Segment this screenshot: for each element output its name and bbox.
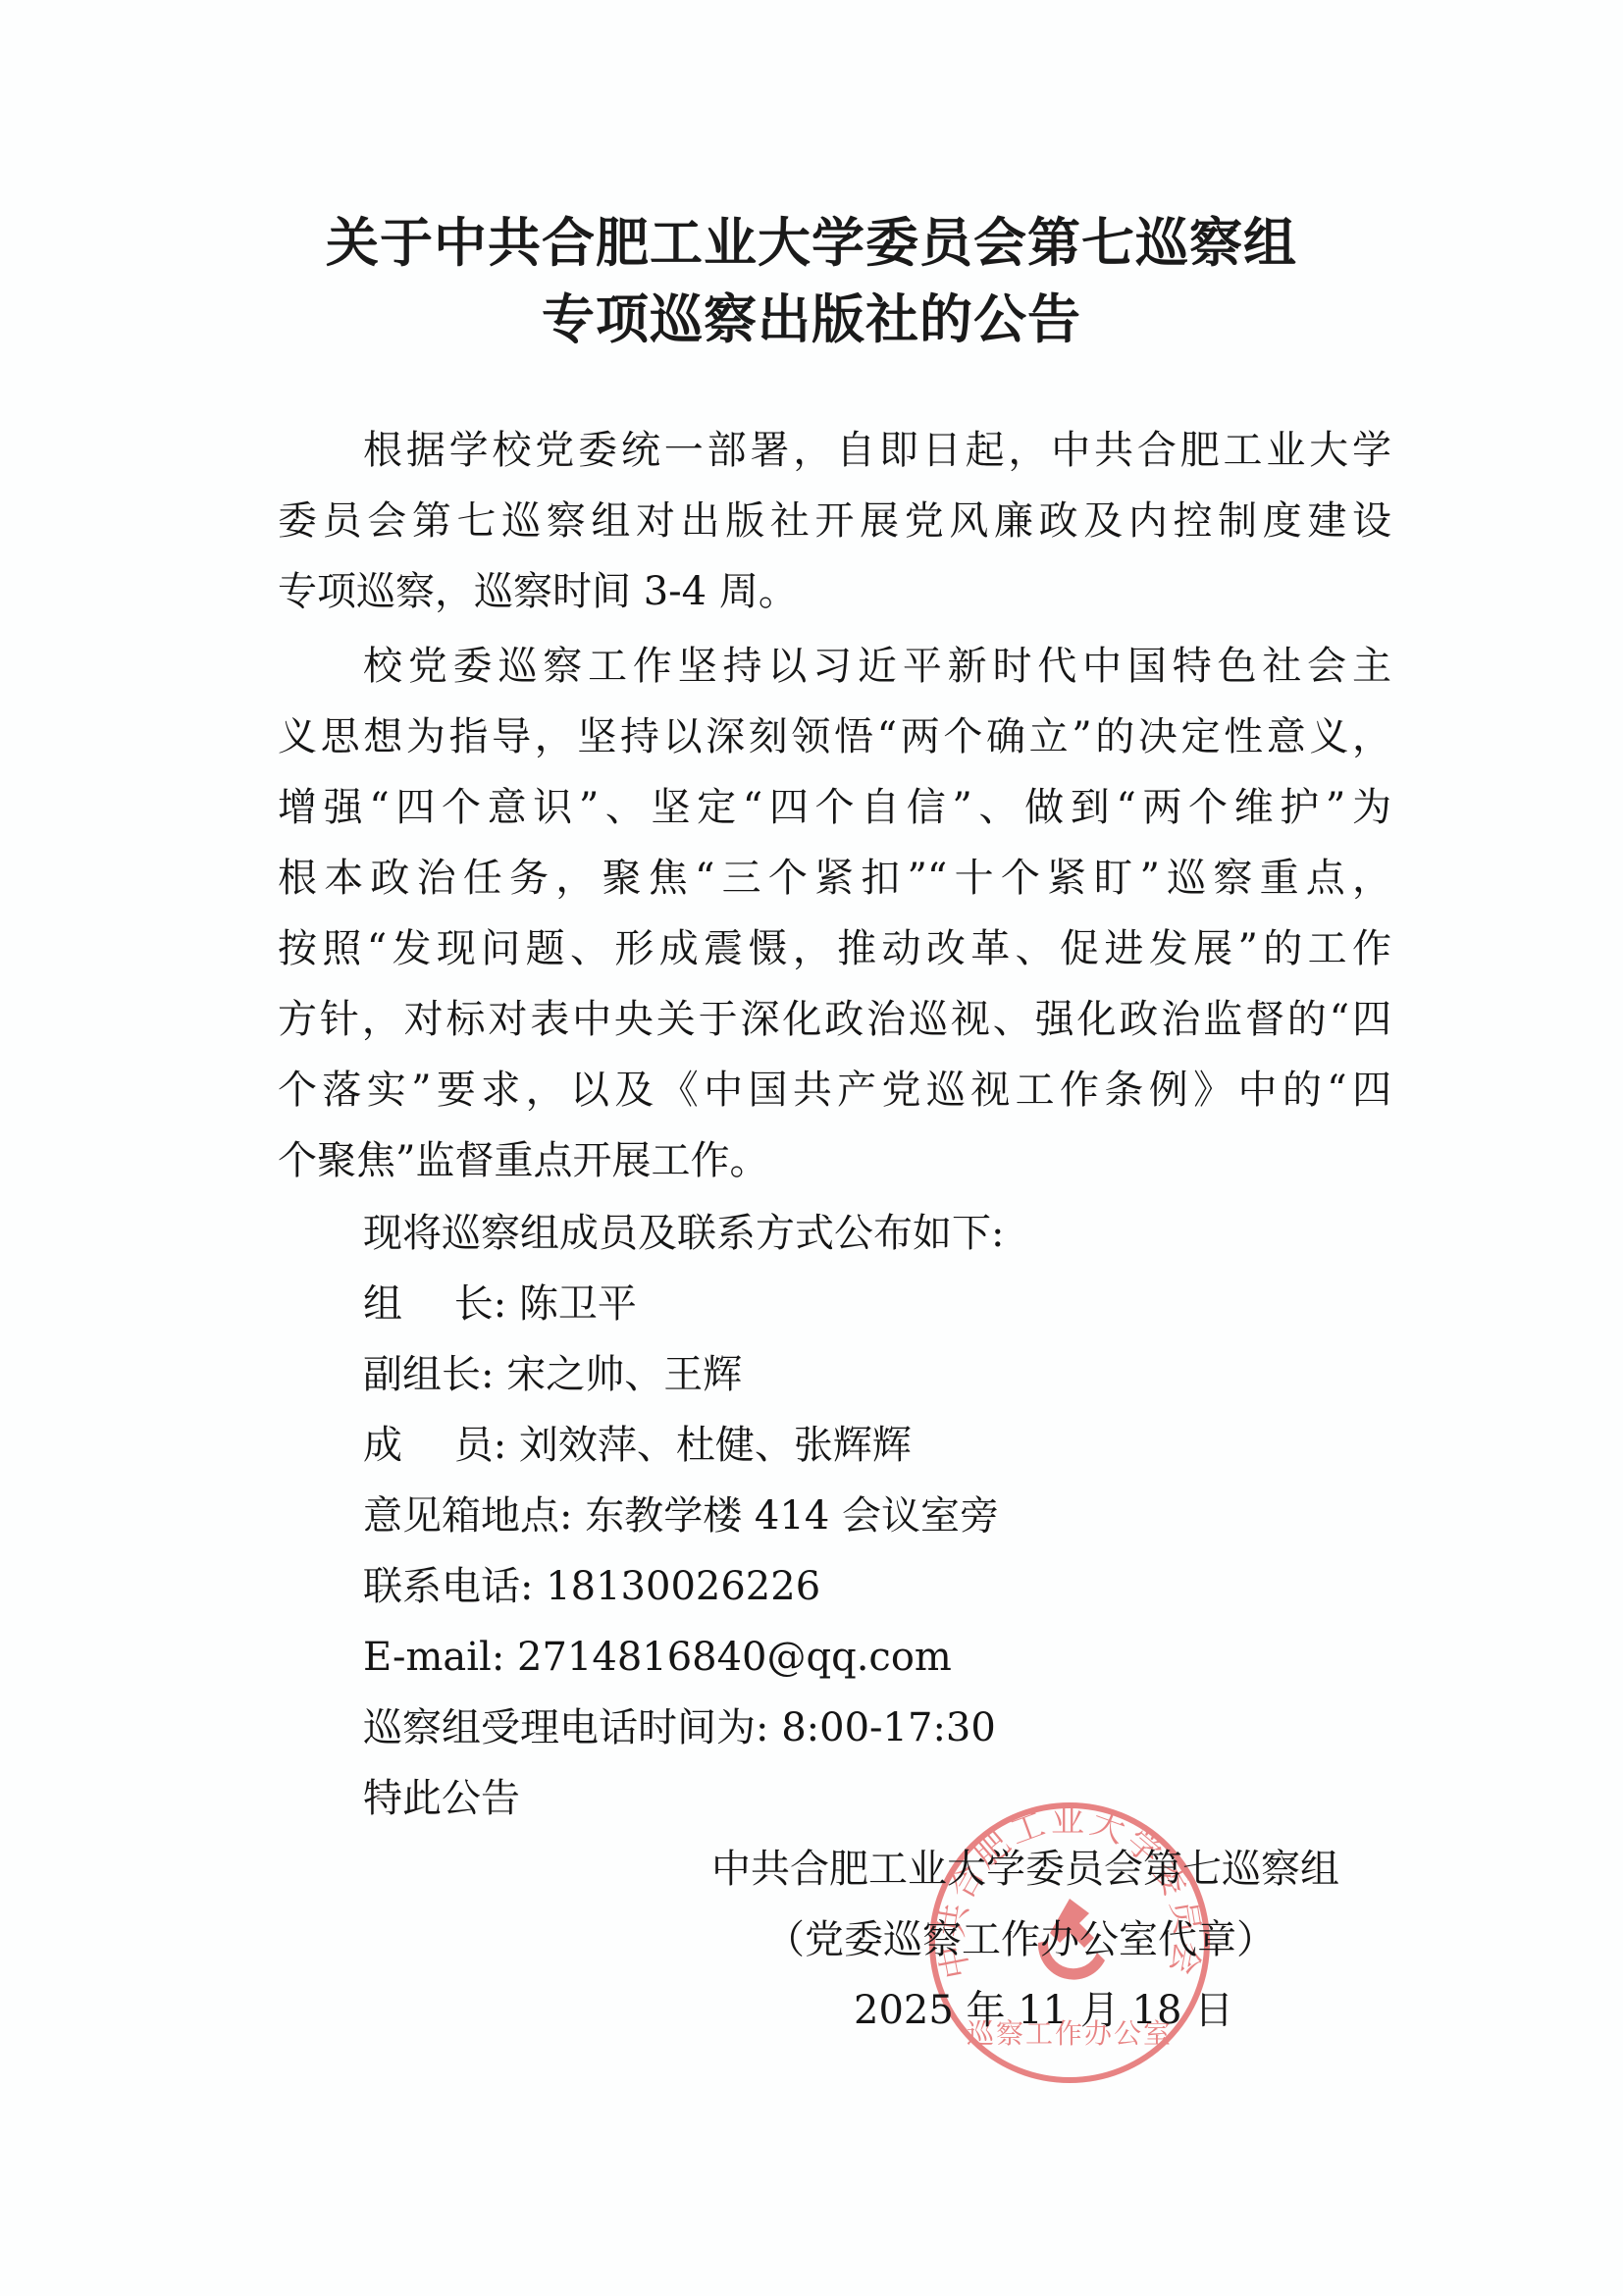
leader-row: 组 长: 陈卫平 xyxy=(363,1280,637,1328)
leader-name: 陈卫平 xyxy=(519,1281,637,1327)
member-row: 成 员: 刘效萍、杜健、张辉辉 xyxy=(363,1422,912,1469)
mailbox-row: 意见箱地点: 东教学楼 414 会议室旁 xyxy=(363,1492,999,1539)
email-row: E-mail: 2714816840@qq.com xyxy=(363,1634,952,1681)
member-names: 刘效萍、杜健、张辉辉 xyxy=(519,1423,912,1468)
email-address: 2714816840@qq.com xyxy=(517,1635,952,1680)
phone-row: 联系电话: 18130026226 xyxy=(363,1563,820,1610)
paragraph-2-line-8: 个聚焦”监督重点开展工作。 xyxy=(278,1137,1391,1184)
phone-label: 联系电话: xyxy=(363,1564,533,1609)
email-label: E-mail: xyxy=(363,1635,504,1680)
hours-value: 8:00-17:30 xyxy=(781,1705,996,1750)
deputy-row: 副组长: 宋之帅、王辉 xyxy=(363,1351,742,1398)
members-intro: 现将巡察组成员及联系方式公布如下: xyxy=(363,1210,1004,1257)
closing-text: 特此公告 xyxy=(363,1775,520,1822)
paragraph-2-line-4: 根本政治任务，聚焦“三个紧扣”“十个紧盯”巡察重点， xyxy=(278,855,1391,902)
signature-seal-note: （党委巡察工作办公室代章） xyxy=(765,1916,1276,1963)
paragraph-1-line-1: 根据学校党委统一部署，自即日起，中共合肥工业大学 xyxy=(363,427,1391,474)
paragraph-2-line-3: 增强“四个意识”、坚定“四个自信”、做到“两个维护”为 xyxy=(278,784,1391,831)
member-label: 成 员: xyxy=(363,1423,506,1468)
paragraph-2-line-7: 个落实”要求，以及《中国共产党巡视工作条例》中的“四 xyxy=(278,1067,1391,1114)
paragraph-1-line-2: 委员会第七巡察组对出版社开展党风廉政及内控制度建设 xyxy=(278,497,1391,545)
paragraph-2-line-5: 按照“发现问题、形成震慑，推动改革、促进发展”的工作 xyxy=(278,925,1391,972)
paragraph-2-line-2: 义思想为指导，坚持以深刻领悟“两个确立”的决定性意义， xyxy=(278,713,1391,760)
paragraph-2-line-6: 方针，对标对表中央关于深化政治巡视、强化政治监督的“四 xyxy=(278,996,1391,1043)
signature-date: 2025 年 11 月 18 日 xyxy=(854,1987,1233,2034)
hours-label: 巡察组受理电话时间为: xyxy=(363,1705,768,1750)
document-page: 关于中共合肥工业大学委员会第七巡察组 专项巡察出版社的公告 根据学校党委统一部署… xyxy=(0,0,1623,2296)
paragraph-2-line-1: 校党委巡察工作坚持以习近平新时代中国特色社会主 xyxy=(363,643,1391,690)
mailbox-label: 意见箱地点: xyxy=(363,1493,572,1539)
leader-label: 组 长: xyxy=(363,1281,506,1327)
signature-org: 中共合肥工业大学委员会第七巡察组 xyxy=(711,1846,1339,1893)
deputy-label: 副组长: xyxy=(363,1352,494,1397)
document-title-line-1: 关于中共合肥工业大学委员会第七巡察组 xyxy=(0,201,1623,277)
phone-number: 18130026226 xyxy=(546,1564,820,1609)
document-title-line-2: 专项巡察出版社的公告 xyxy=(0,278,1623,353)
deputy-names: 宋之帅、王辉 xyxy=(506,1352,742,1397)
mailbox-location: 东教学楼 414 会议室旁 xyxy=(585,1493,999,1539)
paragraph-1-line-3: 专项巡察，巡察时间 3-4 周。 xyxy=(278,568,1391,615)
hours-row: 巡察组受理电话时间为: 8:00-17:30 xyxy=(363,1704,996,1751)
